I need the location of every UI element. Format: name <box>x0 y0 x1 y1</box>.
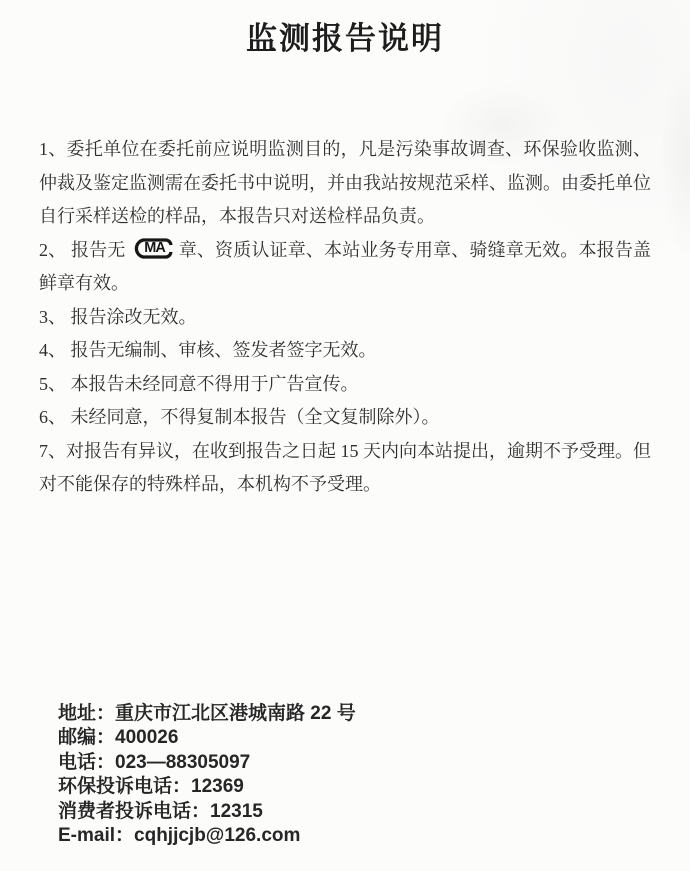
contact-address: 地址：重庆市江北区港城南路 22 号 <box>58 702 356 726</box>
contact-env-complaint-phone: 环保投诉电话：12369 <box>58 775 356 799</box>
contact-phone: 电话：023—88305097 <box>58 751 356 775</box>
note-item-3: 3、 报告涂改无效。 <box>39 301 651 335</box>
note-item-7: 7、对报告有异议，在收到报告之日起 15 天内向本站提出，逾期不予受理。但对不能… <box>39 435 651 502</box>
note-item-4: 4、 报告无编制、审核、签发者签字无效。 <box>39 334 651 368</box>
note-item-1: 1、委托单位在委托前应说明监测目的，凡是污染事故调查、环保验收监测、仲裁及鉴定监… <box>39 133 651 234</box>
cma-letters: MA <box>140 237 170 260</box>
note-item-5: 5、 本报告未经同意不得用于广告宣传。 <box>39 368 651 402</box>
page-title: 监测报告说明 <box>0 13 690 58</box>
contact-postcode: 邮编：400026 <box>58 726 356 750</box>
contact-block: 地址：重庆市江北区港城南路 22 号 邮编：400026 电话：023—8830… <box>58 702 356 848</box>
note-item-6: 6、 未经同意，不得复制本报告（全文复制除外）。 <box>39 401 651 435</box>
cma-mark-icon: MA <box>130 237 175 260</box>
contact-email: E-mail：cqhjjcjb@126.com <box>58 824 356 848</box>
document-page: 监测报告说明 1、委托单位在委托前应说明监测目的，凡是污染事故调查、环保验收监测… <box>0 0 690 871</box>
notes-list: 1、委托单位在委托前应说明监测目的，凡是污染事故调查、环保验收监测、仲裁及鉴定监… <box>39 133 651 502</box>
note-item-2-prefix: 2、 报告无 <box>39 240 126 260</box>
note-item-2: 2、 报告无MA章、资质认证章、本站业务专用章、骑缝章无效。本报告盖鲜章有效。 <box>39 234 651 301</box>
contact-consumer-complaint-phone: 消费者投诉电话：12315 <box>58 800 356 824</box>
